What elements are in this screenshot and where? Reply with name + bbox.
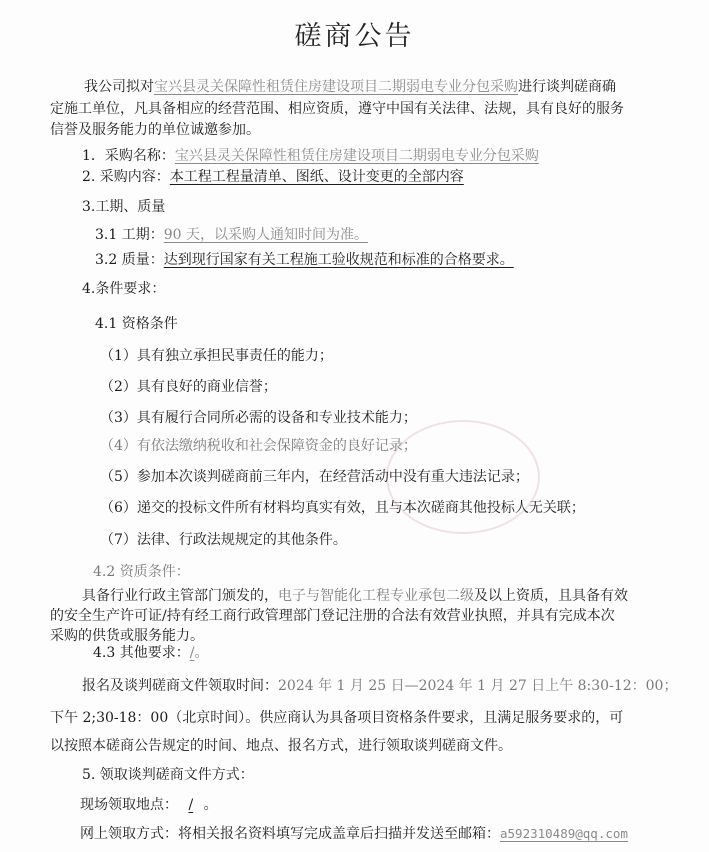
section-4-2-line-3: 采购的供货或服务能力。: [50, 627, 204, 645]
section-3-2-quality: 3.2 质量：达到现行国家有关工程施工验收规范和标准的合格要求。: [95, 251, 514, 269]
qualification-item: （6）递交的投标文件所有材料均真实有效，且与本次磋商其他投标人无关联；: [100, 499, 585, 517]
section-2-procurement-content: 2. 采购内容：本工程工程量清单、图纸、设计变更的全部内容: [82, 168, 464, 186]
section-4-heading: 4.条件要求：: [82, 280, 165, 298]
qualification-item: （5）参加本次谈判磋商前三年内，在经营活动中没有重大违法记录；: [100, 468, 529, 486]
registration-time-line-1: 报名及谈判磋商文件领取时间：2024 年 1 月 25 日—2024 年 1 月…: [82, 677, 677, 695]
section-3-heading: 3.工期、质量: [82, 198, 165, 216]
registration-time-line-2: 下午 2;30-18：00（北京时间）。供应商认为具备项目资格条件要求，且满足服…: [50, 709, 623, 727]
section-1-procurement-name: 1．采购名称：宝兴县灵关保障性租赁住房建设项目二期弱电专业分包采购: [82, 147, 539, 165]
intro-line-1: 我公司拟对宝兴县灵关保障性租赁住房建设项目二期弱电专业分包采购进行谈判磋商确: [84, 78, 616, 96]
section-4-1-heading: 4.1 资格条件: [95, 315, 178, 333]
email-link[interactable]: a592310489@qq.com: [500, 826, 628, 841]
document-page: 磋商公告 我公司拟对宝兴县灵关保障性租赁住房建设项目二期弱电专业分包采购进行谈判…: [0, 0, 709, 852]
page-title: 磋商公告: [0, 14, 709, 53]
qualification-item: （4）有依法缴纳税收和社会保障资金的良好记录；: [100, 437, 417, 455]
section-3-1-duration: 3.1 工期：90 天，以采购人通知时间为准。: [95, 226, 368, 244]
qualification-item: （7）法律、行政法规规定的其他条件。: [100, 531, 347, 549]
qualification-item: （2）具有良好的商业信誉；: [100, 378, 277, 396]
section-4-3-other: 4.3 其他要求：/。: [93, 644, 208, 662]
section-5-heading: 5. 领取谈判磋商文件方式：: [82, 766, 254, 784]
qualification-item: （3）具有履行合同所必需的设备和专业技术能力；: [100, 409, 417, 427]
online-pickup-method: 网上领取方式：将相关报名资料填写完成盖章后扫描并发送至邮箱：a592310489…: [80, 825, 628, 843]
intro-line-3: 信誉及服务能力的单位诚邀参加。: [50, 121, 260, 139]
section-4-2-line-2: 的安全生产许可证/持有经工商行政管理部门登记注册的合法有效营业执照，并具有完成本…: [50, 607, 615, 625]
qualification-item: （1）具有独立承担民事责任的能力；: [100, 347, 333, 365]
project-name-link: 宝兴县灵关保障性租赁住房建设项目二期弱电专业分包采购: [154, 79, 518, 95]
section-4-2-line-1: 具备行业行政主管部门颁发的，电子与智能化工程专业承包二级及以上资质，且具备有效: [82, 587, 628, 605]
section-4-2-heading: 4.2 资质条件：: [93, 563, 190, 581]
intro-line-2: 定施工单位，凡具备相应的经营范围、相应资质，遵守中国有关法律、法规，具有良好的服…: [50, 100, 624, 118]
onsite-pickup-location: 现场领取地点： / 。: [80, 796, 218, 814]
registration-time-line-3: 以按照本磋商公告规定的时间、地点、报名方式，进行领取谈判磋商文件。: [50, 737, 512, 755]
